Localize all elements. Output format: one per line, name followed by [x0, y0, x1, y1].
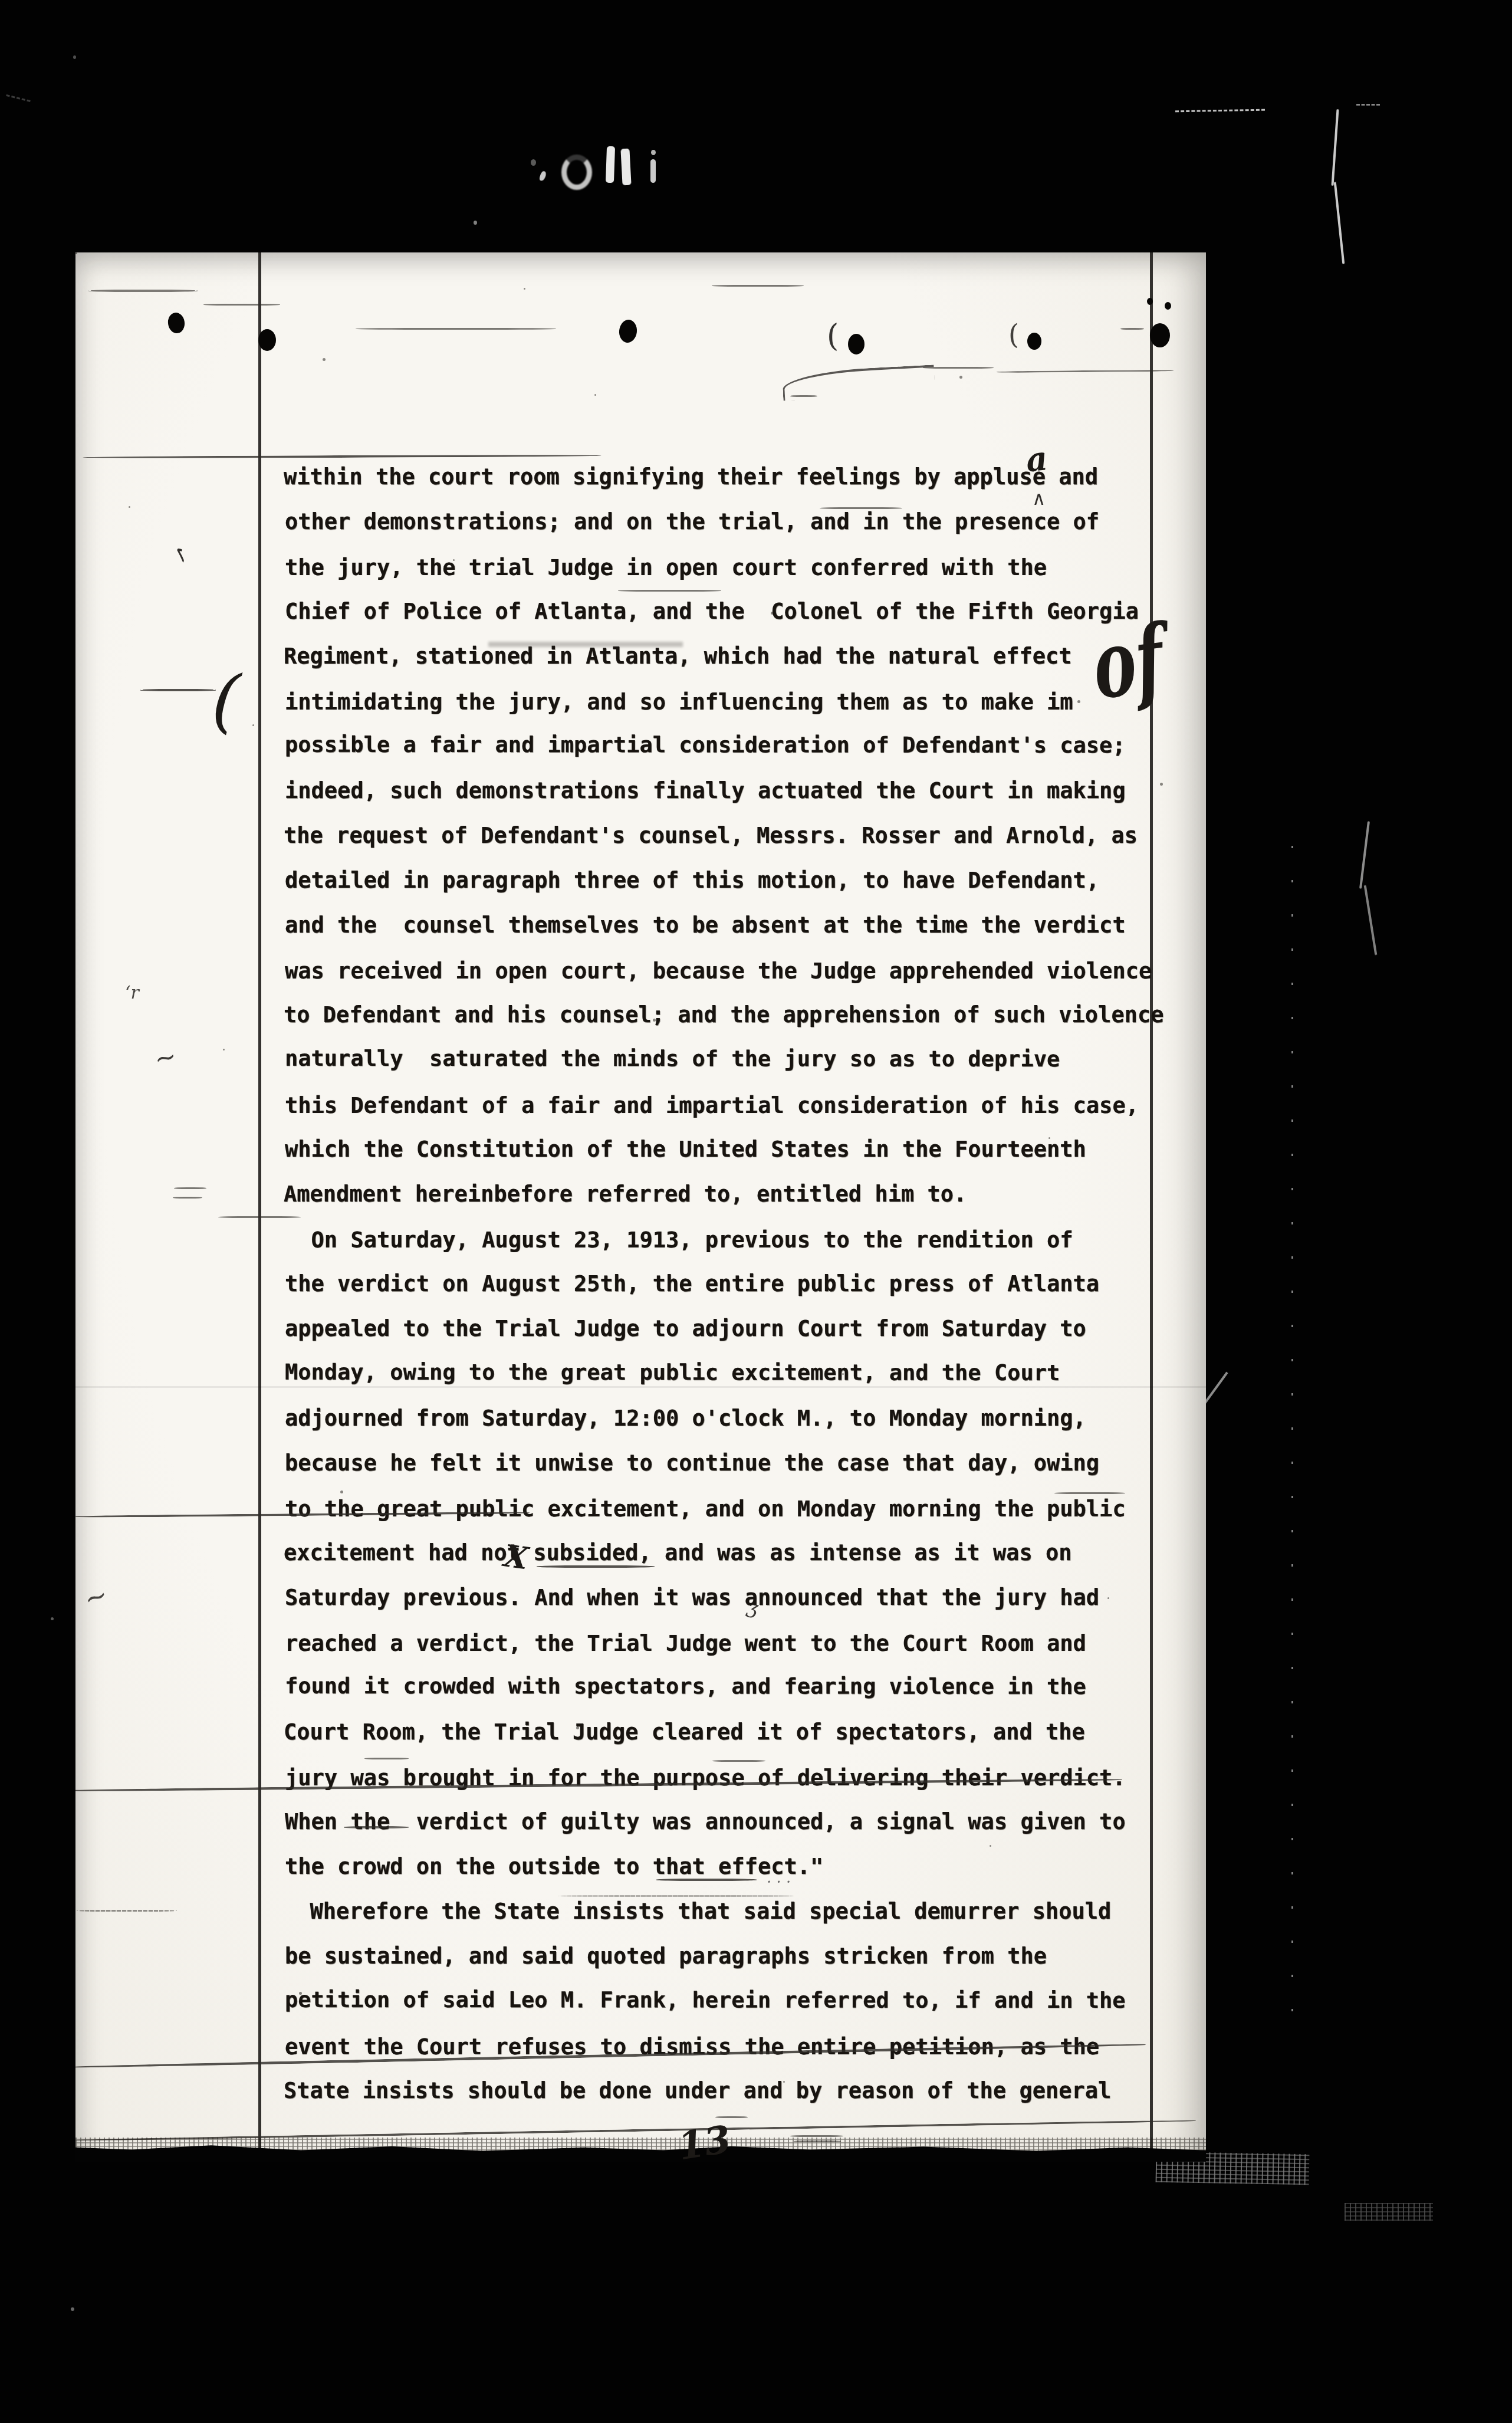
- typed-line: because he felt it unwise to continue th…: [285, 1441, 1206, 1486]
- typed-line: Amendment hereinbefore referred to, enti…: [284, 1172, 1206, 1217]
- pencil-dash: [790, 395, 817, 397]
- pencil-strike-the: [344, 1826, 409, 1828]
- typed-line: the jury, the trial Judge in open court …: [285, 546, 1206, 590]
- ink-blot: [1150, 323, 1170, 347]
- margin-brace: (: [209, 659, 242, 742]
- ghost-mark-bar: [620, 149, 631, 186]
- white-speck-column: [1291, 843, 1293, 2011]
- ink-paren-mark: (: [1008, 319, 1019, 350]
- ink-blot: [848, 334, 865, 354]
- typed-line: Regiment, stationed in Atlanta, which ha…: [284, 634, 1206, 679]
- pencil-underline-effect: [656, 1879, 757, 1881]
- typed-line: be sustained, and said quoted paragraphs…: [285, 1934, 1206, 1979]
- white-dotted-line: [1175, 109, 1265, 113]
- typed-line: possible a fair and impartial considerat…: [285, 723, 1206, 768]
- white-dot: [51, 1617, 54, 1620]
- document-page: ( ( within the court room signifying the…: [75, 252, 1206, 2162]
- ink-blot: [258, 329, 276, 351]
- typed-line: excitement had not subsided, and was as …: [284, 1531, 1206, 1575]
- typed-line: appealed to the Trial Judge to adjourn C…: [285, 1306, 1206, 1351]
- typed-line: the crowd on the outside to that effect.…: [285, 1844, 1206, 1889]
- ghost-mark-dot: [474, 221, 477, 225]
- ink-blot: [1027, 333, 1041, 350]
- paper-specks: [75, 252, 77, 254]
- typed-line: Court Room, the Trial Judge cleared it o…: [284, 1710, 1206, 1755]
- typed-line: found it crowded with spectators, and fe…: [285, 1664, 1206, 1709]
- scanned-page-photo: ( ( within the court room signifying the…: [0, 0, 1512, 2423]
- pencil-dash: [364, 1758, 409, 1759]
- margin-rule-left: [258, 252, 261, 2162]
- pencil-dash: [88, 290, 198, 292]
- pencil-trailing-dots: · · ·: [767, 1873, 791, 1891]
- ink-blot-small: [1147, 298, 1153, 305]
- pencil-dash: [712, 1760, 765, 1762]
- typed-line: When the verdict of guilty was announced…: [285, 1800, 1206, 1844]
- handwritten-caret: ∧: [1032, 487, 1046, 510]
- ghost-mark-stroke: [650, 159, 656, 183]
- white-squiggle: [1359, 821, 1370, 889]
- pencil-line: [997, 370, 1174, 373]
- typed-line: other demonstrations; and on the trial, …: [285, 500, 1206, 544]
- margin-check-mark: ✓: [165, 541, 195, 569]
- white-dot: [71, 2307, 74, 2311]
- pencil-dash: [140, 689, 216, 691]
- typed-line: detailed in paragraph three of this moti…: [285, 858, 1206, 903]
- ink-paren-mark: (: [827, 319, 839, 354]
- typed-line: On Saturday, August 23, 1913, previous t…: [285, 1218, 1206, 1263]
- pencil-line: [356, 328, 556, 330]
- pencil-line: [712, 285, 804, 287]
- handwritten-of: of: [1087, 605, 1169, 721]
- white-squiggle: [1364, 885, 1378, 955]
- typed-text-block: within the court room signifying their f…: [285, 455, 1206, 2113]
- pencil-line: [923, 367, 994, 369]
- ghost-mark-dot: [531, 159, 536, 166]
- typed-line: within the court room signifying their f…: [284, 455, 1206, 500]
- pencil-dash: [203, 304, 280, 306]
- typed-line: adjourned from Saturday, 12:00 o'clock M…: [285, 1396, 1206, 1441]
- handwritten-insertion-a: a: [1024, 439, 1050, 480]
- pencil-dotted-line: [558, 1895, 794, 1897]
- ink-blot: [167, 311, 186, 334]
- typed-line: Chief of Police of Atlanta, and the Colo…: [285, 589, 1206, 634]
- margin-r-mark: ʻr: [125, 983, 139, 1003]
- white-squiggle: [1331, 109, 1339, 186]
- ink-blot: [618, 319, 638, 344]
- typed-line: was received in open court, because the …: [285, 949, 1206, 994]
- pencil-dash: [1054, 1492, 1125, 1494]
- typed-line: naturally saturated the minds of the jur…: [285, 1036, 1206, 1082]
- pencil-dash: [218, 1216, 301, 1218]
- typed-line: jury was brought in for the purpose of d…: [285, 1756, 1206, 1801]
- typed-line: which the Constitution of the United Sta…: [285, 1127, 1206, 1172]
- typed-line: intimidating the jury, and so influencin…: [285, 680, 1206, 725]
- pencil-dash: [790, 2135, 843, 2137]
- typed-line: this Defendant of a fair and impartial c…: [285, 1084, 1206, 1128]
- pencil-dash: [1120, 328, 1144, 330]
- ghost-mark-comma: [539, 170, 547, 182]
- pencil-smear: [488, 642, 683, 647]
- ghost-mark-bar: [606, 146, 615, 183]
- white-tick: [6, 94, 30, 102]
- white-speck-strip: [1345, 2203, 1433, 2221]
- ink-blot-small: [1165, 302, 1171, 310]
- typed-line: State insists should be done under and b…: [284, 2069, 1206, 2113]
- white-dotted-line: [1356, 104, 1380, 106]
- pencil-underline-in-open: [618, 590, 721, 592]
- typed-line: the request of Defendant's counsel, Mess…: [284, 813, 1206, 858]
- typed-line: Monday, owing to the great public excite…: [285, 1350, 1206, 1396]
- pencil-dash: [174, 1187, 206, 1189]
- white-squiggle: [1334, 182, 1345, 264]
- ghost-mark-dot: [651, 150, 656, 155]
- margin-tilde: ∼: [152, 1041, 179, 1075]
- typed-line: reached a verdict, the Trial Judge went …: [285, 1621, 1206, 1666]
- pencil-underline-subsided: [537, 1565, 655, 1568]
- handwritten-x-mark: X: [502, 1538, 530, 1577]
- typed-line: and the counsel themselves to be absent …: [285, 903, 1206, 948]
- ghost-mark-dot: [73, 55, 76, 59]
- page-number: 13: [675, 2117, 734, 2162]
- ghost-mark-ring: [561, 155, 592, 190]
- typed-line: to Defendant and his counsel; and the ap…: [284, 993, 1206, 1038]
- pencil-dash: [173, 1197, 202, 1199]
- typed-line: petition of said Leo M. Frank, herein re…: [285, 1978, 1206, 2023]
- margin-tilde: ∼: [80, 1578, 111, 1615]
- pencil-dashes: [77, 1910, 177, 1912]
- typed-line: indeed, such demonstrations finally actu…: [285, 769, 1206, 813]
- typed-line: the verdict on August 25th, the entire p…: [285, 1262, 1206, 1306]
